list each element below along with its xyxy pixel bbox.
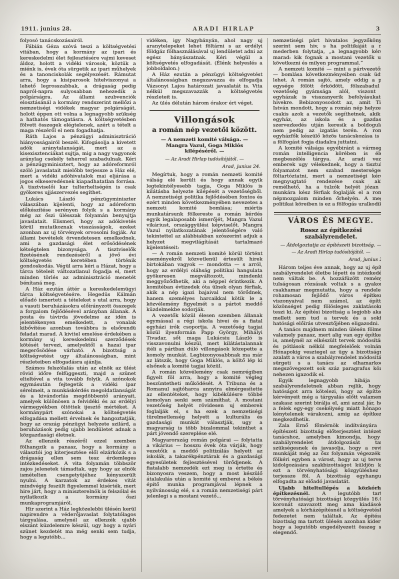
section-separator-rule bbox=[274, 212, 381, 213]
page-number: 3 bbox=[376, 25, 380, 32]
paragraph: Ráth Lajos a pénzügyi adminisztráció hiá… bbox=[20, 134, 136, 196]
paragraph: vidéken, igy Nagybányán, ahol nagy uj ar… bbox=[147, 38, 263, 72]
section-deck: — Átdolgoztatja az építészeti bizottság.… bbox=[277, 243, 381, 249]
masthead: ARADI HIRLAP bbox=[193, 26, 255, 33]
section-varos-es-megye: VÁROS ÉS MEGYE. Rossz az építkezési szab… bbox=[273, 219, 381, 536]
article-subheadline: a román nép vezetői között. bbox=[147, 127, 263, 135]
paragraph: A tanács majdnem minden ülésén fölmerül … bbox=[273, 327, 381, 377]
paragraph: A nemzeti komité — mint a pártvezetőség … bbox=[273, 67, 381, 145]
paragraph: Lukács László pénzügyminiszter válaszába… bbox=[20, 196, 136, 286]
newspaper-page-scan: 1911. junius 28. ARADI HIRLAP 3 folyosó … bbox=[0, 0, 399, 579]
paragraph: Hir szerint a Ház legközelebbi ülésén ke… bbox=[20, 506, 136, 540]
paragraph: Fábián Géza szóvá teszi a költségvetési … bbox=[20, 44, 136, 134]
paragraph: A román közvélemény csak nemrégiben figy… bbox=[147, 370, 263, 437]
article-separator-rule bbox=[150, 110, 260, 111]
header-date: 1911. junius 28. bbox=[21, 26, 72, 32]
paragraph: — A román nemzeti komité körül történt e… bbox=[147, 251, 263, 313]
paragraph: Egyik legnagyobb hibája a szabályrendele… bbox=[273, 378, 381, 423]
section-subhead: Rossz az építkezési szabályrendelet. bbox=[273, 227, 381, 240]
page-content: 1911. junius 28. ARADI HIRLAP 3 folyosó … bbox=[20, 25, 381, 572]
columns: folyosó tanácskozásairól. Fábián Géza sz… bbox=[20, 38, 381, 572]
article-headline: Villongások bbox=[147, 116, 263, 126]
article-villongasok: Villongások a román nép vezetői között. … bbox=[147, 116, 263, 499]
article-dateline: Arad, junius 24. bbox=[147, 164, 261, 170]
paragraph: Három teljes éve annak, hogy az uj építé… bbox=[273, 265, 381, 327]
paragraph: Az ellenzék részéről ezzel szemben fölha… bbox=[20, 439, 136, 506]
section-separator-rule-thin bbox=[274, 214, 381, 215]
paragraph: nemzetiségi párt hivatalos jegyzőkönyvei… bbox=[273, 38, 381, 66]
paragraph: Zala Ernő főmérnök indítványára az építé… bbox=[273, 423, 381, 485]
paragraph: Megírtuk, hogy a román nemzeti komité vá… bbox=[147, 172, 263, 250]
paragraph: A komité válsága egyébiránt a vármegyei … bbox=[273, 145, 381, 207]
news-item-text: A legutóbb tartott törvényhatósági bizot… bbox=[273, 491, 381, 536]
column-middle: vidéken, igy Nagybányán, ahol nagy uj ar… bbox=[147, 38, 263, 572]
page-header: 1911. junius 28. ARADI HIRLAP 3 bbox=[20, 25, 381, 35]
news-item: Ujabb hiteltullépés a közkórházi építkez… bbox=[273, 485, 381, 535]
section-source-line: — Az Aradi Hirlap tudósítójától. — bbox=[273, 250, 381, 255]
section-dateline: Arad, junius 25. bbox=[273, 257, 381, 263]
paragraph: folyosó tanácskozásairól. bbox=[20, 38, 136, 44]
paragraph: Az ülés délután három órakor ért véget. bbox=[147, 101, 263, 107]
section-title: VÁROS ÉS MEGYE. bbox=[273, 219, 381, 225]
column-rule bbox=[141, 38, 142, 572]
paragraph: A vezetők közül élesen szemben állanak e… bbox=[147, 313, 263, 369]
paragraph: A Ház ezután áttér a kereskedelemügyi tá… bbox=[20, 286, 136, 364]
column-left: folyosó tanácskozásairól. Fábián Géza sz… bbox=[20, 38, 136, 572]
paragraph: Magyarország román polgárai — folytatta … bbox=[147, 437, 263, 499]
column-rule bbox=[268, 38, 269, 572]
article-source-line: — Az Aradi Hirlap tudósítójától. — bbox=[147, 157, 263, 162]
column-right: nemzetiségi párt hivatalos jegyzőkönyvei… bbox=[273, 38, 381, 572]
paragraph: A Ház ezután a pénzügyi költségvetést ál… bbox=[147, 72, 263, 100]
header-rule bbox=[20, 35, 381, 36]
article-deck: — A nemzeti komité válsága. — Mangra Vaz… bbox=[151, 137, 259, 154]
paragraph: Számos felszólalás után az elnök az ülés… bbox=[20, 365, 136, 438]
